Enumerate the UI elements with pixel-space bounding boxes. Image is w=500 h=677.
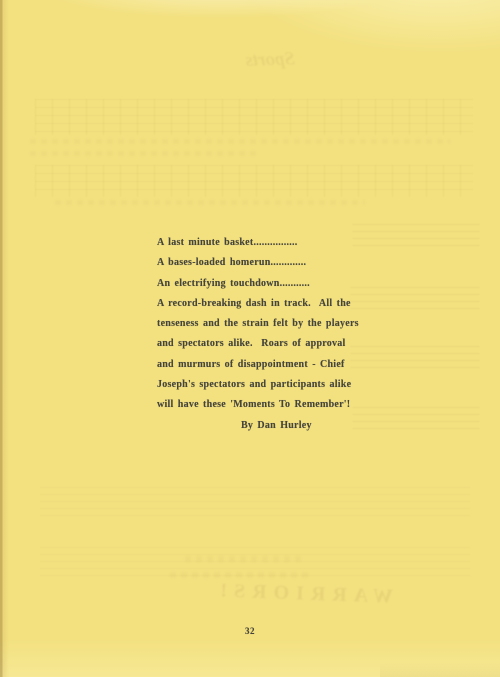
scanned-yearbook-page: Sports WARRIORS! A last minute basket...… xyxy=(0,0,500,677)
text-line: A bases-loaded homerun............. xyxy=(157,253,417,273)
byline: By Dan Hurley xyxy=(241,416,417,436)
music-staff-bleedthrough xyxy=(40,487,470,517)
text-line: A record-breaking dash in track. All the xyxy=(157,294,417,314)
bleedthrough-sports-heading: Sports xyxy=(203,48,296,73)
bleedthrough-warriors-handwriting: WARRIORS! xyxy=(183,578,394,608)
music-staff-bleedthrough xyxy=(35,99,473,135)
lyric-smudge-bleedthrough xyxy=(30,151,260,156)
body-text-block: A last minute basket................ A b… xyxy=(157,233,417,436)
text-line: A last minute basket................ xyxy=(157,233,417,253)
text-line: tenseness and the strain felt by the pla… xyxy=(157,314,417,334)
handwriting-smudge-bleedthrough xyxy=(185,556,305,562)
handwriting-smudge-bleedthrough xyxy=(170,572,310,578)
music-staff-bleedthrough xyxy=(35,165,473,197)
page-number: 32 xyxy=(0,626,500,636)
text-line: and spectators alike. Roars of approval xyxy=(157,334,417,354)
lyric-smudge-bleedthrough xyxy=(30,139,450,144)
text-line: and murmurs of disappointment - Chief xyxy=(157,355,417,375)
text-line: An electrifying touchdown........... xyxy=(157,274,417,294)
text-line: will have these 'Moments To Remember'! xyxy=(157,395,417,415)
text-line: Joseph's spectators and participants ali… xyxy=(157,375,417,395)
lyric-smudge-bleedthrough xyxy=(55,200,365,205)
